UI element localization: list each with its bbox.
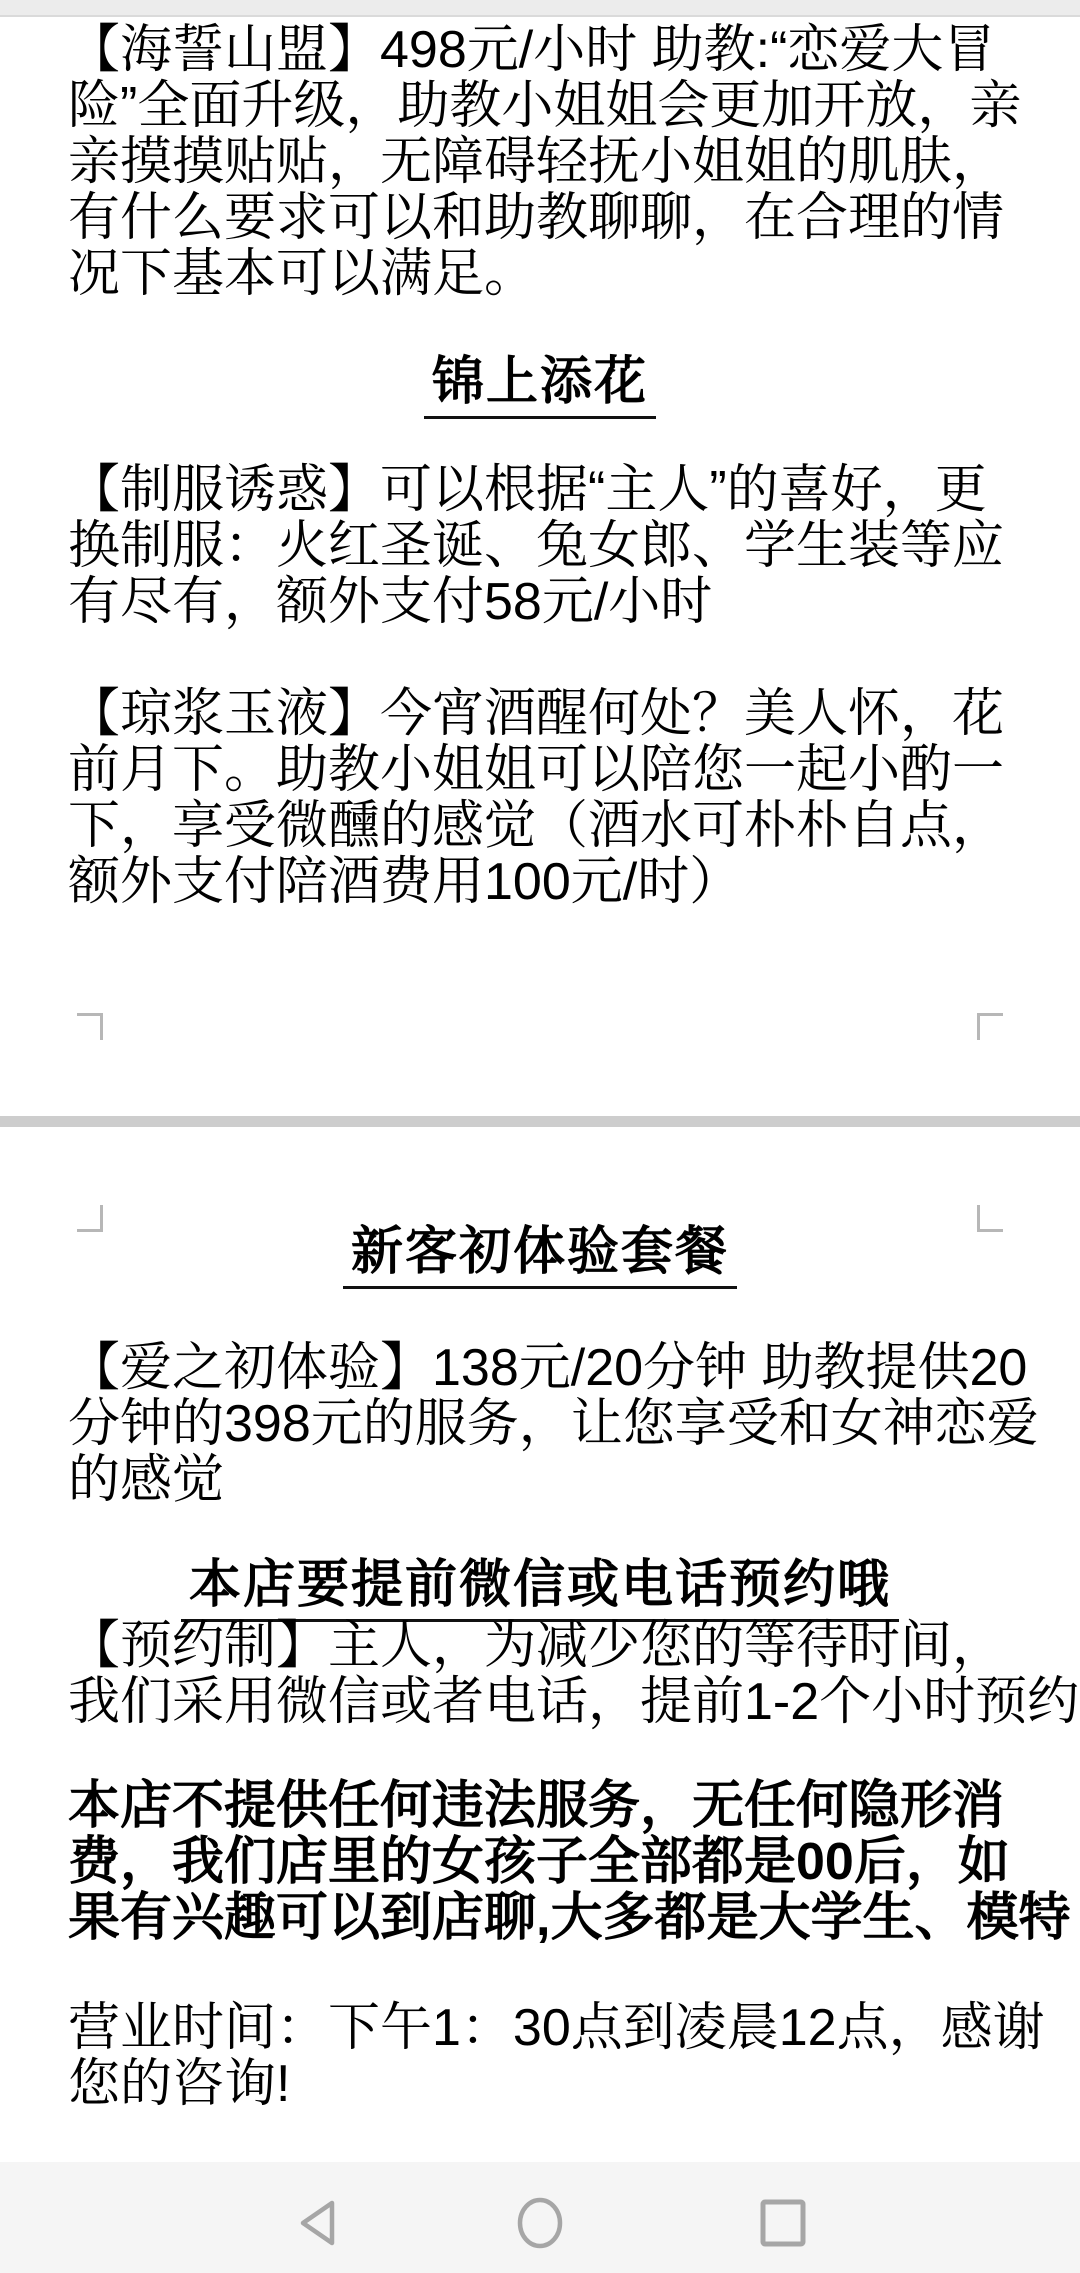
- section-heading-booking: 本店要提前微信或电话预约哦: [181, 1557, 899, 1622]
- home-circle-icon: [513, 2196, 567, 2250]
- android-navigation-bar: [0, 2162, 1080, 2273]
- section-heading-newcomer-row: 新客初体验套餐: [0, 1224, 1080, 1289]
- page1-bottom-left-corner-mark: [77, 1013, 103, 1040]
- page1-bottom-right-corner-mark: [977, 1013, 1003, 1040]
- paragraph-uniform-option: 【制服诱惑】可以根据“主人”的喜好，更 换制服：火红圣诞、兔女郎、学生装等应 有…: [68, 462, 1080, 630]
- back-button[interactable]: [290, 2196, 344, 2250]
- paragraph-vow-package: 【海誓山盟】498元/小时 助教:“恋爱大冒 险”全面升级，助教小姐姐会更加开放…: [68, 22, 1080, 302]
- paragraph-first-experience: 【爱之初体验】138元/20分钟 助教提供20 分钟的398元的服务，让您享受和…: [68, 1340, 1080, 1508]
- paragraph-reservation-policy: 【预约制】主人，为减少您的等待时间， 我们采用微信或者电话，提前1-2个小时预约: [68, 1618, 1080, 1730]
- paragraph-disclaimer: 本店不提供任何违法服务，无任何隐形消 费，我们店里的女孩子全部都是00后，如 果…: [68, 1778, 1080, 1946]
- back-triangle-icon: [295, 2198, 339, 2248]
- home-button[interactable]: [513, 2196, 567, 2250]
- section-heading-booking-row: 本店要提前微信或电话预约哦: [0, 1557, 1080, 1622]
- section-heading-extras: 锦上添花: [424, 354, 656, 419]
- paragraph-wine-option: 【琼浆玉液】今宵酒醒何处？美人怀，花 前月下。助教小姐姐可以陪您一起小酌一 下，…: [68, 686, 1080, 910]
- paragraph-business-hours: 营业时间：下午1：30点到凌晨12点，感谢 您的咨询!: [68, 2000, 1080, 2112]
- recents-button[interactable]: [756, 2196, 810, 2250]
- page-break-gap: [0, 1116, 1080, 1127]
- document-scroll-area[interactable]: 【海誓山盟】498元/小时 助教:“恋爱大冒 险”全面升级，助教小姐姐会更加开放…: [0, 0, 1080, 2162]
- recents-square-icon: [758, 2198, 808, 2248]
- document-viewer-screen: 【海誓山盟】498元/小时 助教:“恋爱大冒 险”全面升级，助教小姐姐会更加开放…: [0, 0, 1080, 2273]
- section-heading-extras-row: 锦上添花: [0, 354, 1080, 419]
- section-heading-newcomer: 新客初体验套餐: [343, 1224, 737, 1289]
